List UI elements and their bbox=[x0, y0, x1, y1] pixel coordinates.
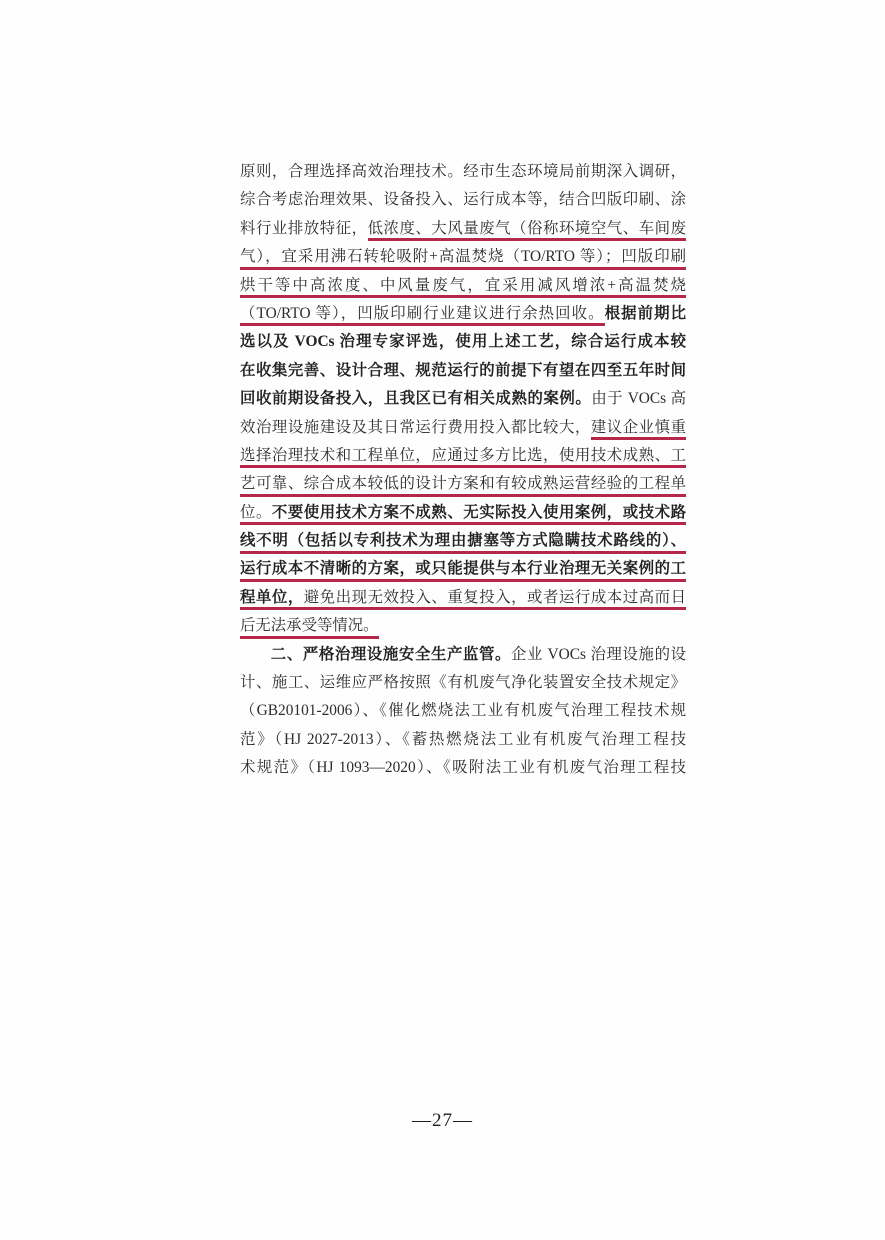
underlined-text-segment: 线不明（包括以专利技术为理由搪塞等方式隐瞒技术路线的）、 bbox=[240, 532, 686, 554]
text-line: （TO/RTO 等），凹版印刷行业建议进行余热回收。根据前期比 bbox=[240, 300, 686, 328]
underlined-text-segment: 避免出现无效投入、重复投入，或者运行成本过高而日 bbox=[304, 589, 686, 611]
underlined-text-segment: 选择治理技术和工程单位，应通过多方比选，使用技术成熟、工 bbox=[240, 447, 686, 469]
text-line: 在收集完善、设计合理、规范运行的前提下有望在四至五年时间 bbox=[240, 357, 686, 385]
underlined-text-segment: 运行成本不清晰的方案，或只能提供与本行业治理无关案例的工 bbox=[240, 560, 686, 582]
page-number: —27— bbox=[0, 1110, 885, 1132]
text-line: （GB20101-2006）、《催化燃烧法工业有机废气治理工程技术规 bbox=[240, 697, 686, 725]
text-segment: 计、施工、运维应严格按照《有机废气净化装置安全技术规定》 bbox=[240, 674, 686, 691]
text-segment: 企业 VOCs 治理设施的设 bbox=[511, 646, 686, 663]
underlined-text-segment: 建议企业慎重 bbox=[591, 419, 686, 441]
text-line: 气），宜采用沸石转轮吸附+高温焚烧（TO/RTO 等）；凹版印刷 bbox=[240, 243, 686, 271]
text-segment: 根据前期比 bbox=[605, 305, 686, 322]
text-segment: 综合考虑治理效果、设备投入、运行成本等，结合凹版印刷、涂 bbox=[240, 191, 686, 208]
text-segment: 效治理设施建设及其日常运行费用投入都比较大， bbox=[240, 419, 591, 436]
underlined-text-segment: 烘干等中高浓度、中风量废气，宜采用减风增浓+高温焚烧 bbox=[240, 277, 686, 299]
underlined-text-segment: （TO/RTO 等），凹版印刷行业建议进行余热回收。 bbox=[240, 305, 605, 327]
text-line: 运行成本不清晰的方案，或只能提供与本行业治理无关案例的工 bbox=[240, 555, 686, 583]
text-segment: 原则，合理选择高效治理技术。经市生态环境局前期深入调研， bbox=[240, 163, 686, 180]
text-line: 原则，合理选择高效治理技术。经市生态环境局前期深入调研， bbox=[240, 158, 686, 186]
text-segment: 术规范》（HJ 1093—2020）、《吸附法工业有机废气治理工程技 bbox=[240, 759, 686, 776]
text-line: 程单位，避免出现无效投入、重复投入，或者运行成本过高而日 bbox=[240, 584, 686, 612]
text-line: 术规范》（HJ 1093—2020）、《吸附法工业有机废气治理工程技 bbox=[240, 754, 686, 782]
underlined-text-segment: 位。 bbox=[240, 504, 272, 526]
text-segment: 回收前期设备投入，且我区已有相关成熟的案例。 bbox=[240, 390, 591, 407]
text-segment: 由于 VOCs 高 bbox=[591, 390, 686, 407]
text-segment: 范》（HJ 2027-2013）、《蓄热燃烧法工业有机废气治理工程技 bbox=[240, 731, 686, 748]
text-line: 选以及 VOCs 治理专家评选，使用上述工艺，综合运行成本较低， bbox=[240, 328, 686, 356]
body-text: 原则，合理选择高效治理技术。经市生态环境局前期深入调研，综合考虑治理效果、设备投… bbox=[240, 158, 686, 783]
underlined-text-segment: 程单位， bbox=[240, 589, 304, 611]
text-segment: （GB20101-2006）、《催化燃烧法工业有机废气治理工程技术规 bbox=[240, 702, 686, 719]
text-line: 线不明（包括以专利技术为理由搪塞等方式隐瞒技术路线的）、 bbox=[240, 527, 686, 555]
text-line: 效治理设施建设及其日常运行费用投入都比较大，建议企业慎重 bbox=[240, 414, 686, 442]
text-line: 选择治理技术和工程单位，应通过多方比选，使用技术成熟、工 bbox=[240, 442, 686, 470]
text-line: 料行业排放特征，低浓度、大风量废气（俗称环境空气、车间废 bbox=[240, 215, 686, 243]
document-page: 原则，合理选择高效治理技术。经市生态环境局前期深入调研，综合考虑治理效果、设备投… bbox=[0, 0, 885, 1240]
underlined-text-segment: 后无法承受等情况。 bbox=[240, 617, 379, 639]
text-segment: 在收集完善、设计合理、规范运行的前提下有望在四至五年时间 bbox=[240, 362, 686, 379]
text-line: 位。不要使用技术方案不成熟、无实际投入使用案例，或技术路 bbox=[240, 499, 686, 527]
text-line: 艺可靠、综合成本较低的设计方案和有较成熟运营经验的工程单 bbox=[240, 470, 686, 498]
text-segment: 料行业排放特征， bbox=[240, 220, 368, 237]
text-line: 回收前期设备投入，且我区已有相关成熟的案例。由于 VOCs 高 bbox=[240, 385, 686, 413]
text-line: 综合考虑治理效果、设备投入、运行成本等，结合凹版印刷、涂 bbox=[240, 186, 686, 214]
text-line: 范》（HJ 2027-2013）、《蓄热燃烧法工业有机废气治理工程技 bbox=[240, 726, 686, 754]
underlined-text-segment: 艺可靠、综合成本较低的设计方案和有较成熟运营经验的工程单 bbox=[240, 475, 686, 497]
underlined-text-segment: 不要使用技术方案不成熟、无实际投入使用案例，或技术路 bbox=[272, 504, 686, 526]
underlined-text-segment: 低浓度、大风量废气（俗称环境空气、车间废 bbox=[368, 220, 686, 242]
text-line: 后无法承受等情况。 bbox=[240, 612, 686, 640]
text-segment: 二、严格治理设施安全生产监管。 bbox=[271, 646, 511, 663]
text-line: 计、施工、运维应严格按照《有机废气净化装置安全技术规定》 bbox=[240, 669, 686, 697]
text-line: 二、严格治理设施安全生产监管。企业 VOCs 治理设施的设 bbox=[240, 641, 686, 669]
underlined-text-segment: 气），宜采用沸石转轮吸附+高温焚烧（TO/RTO 等）；凹版印刷 bbox=[240, 248, 686, 270]
text-line: 烘干等中高浓度、中风量废气，宜采用减风增浓+高温焚烧 bbox=[240, 272, 686, 300]
text-segment: 选以及 VOCs 治理专家评选，使用上述工艺，综合运行成本较低， bbox=[240, 333, 686, 356]
